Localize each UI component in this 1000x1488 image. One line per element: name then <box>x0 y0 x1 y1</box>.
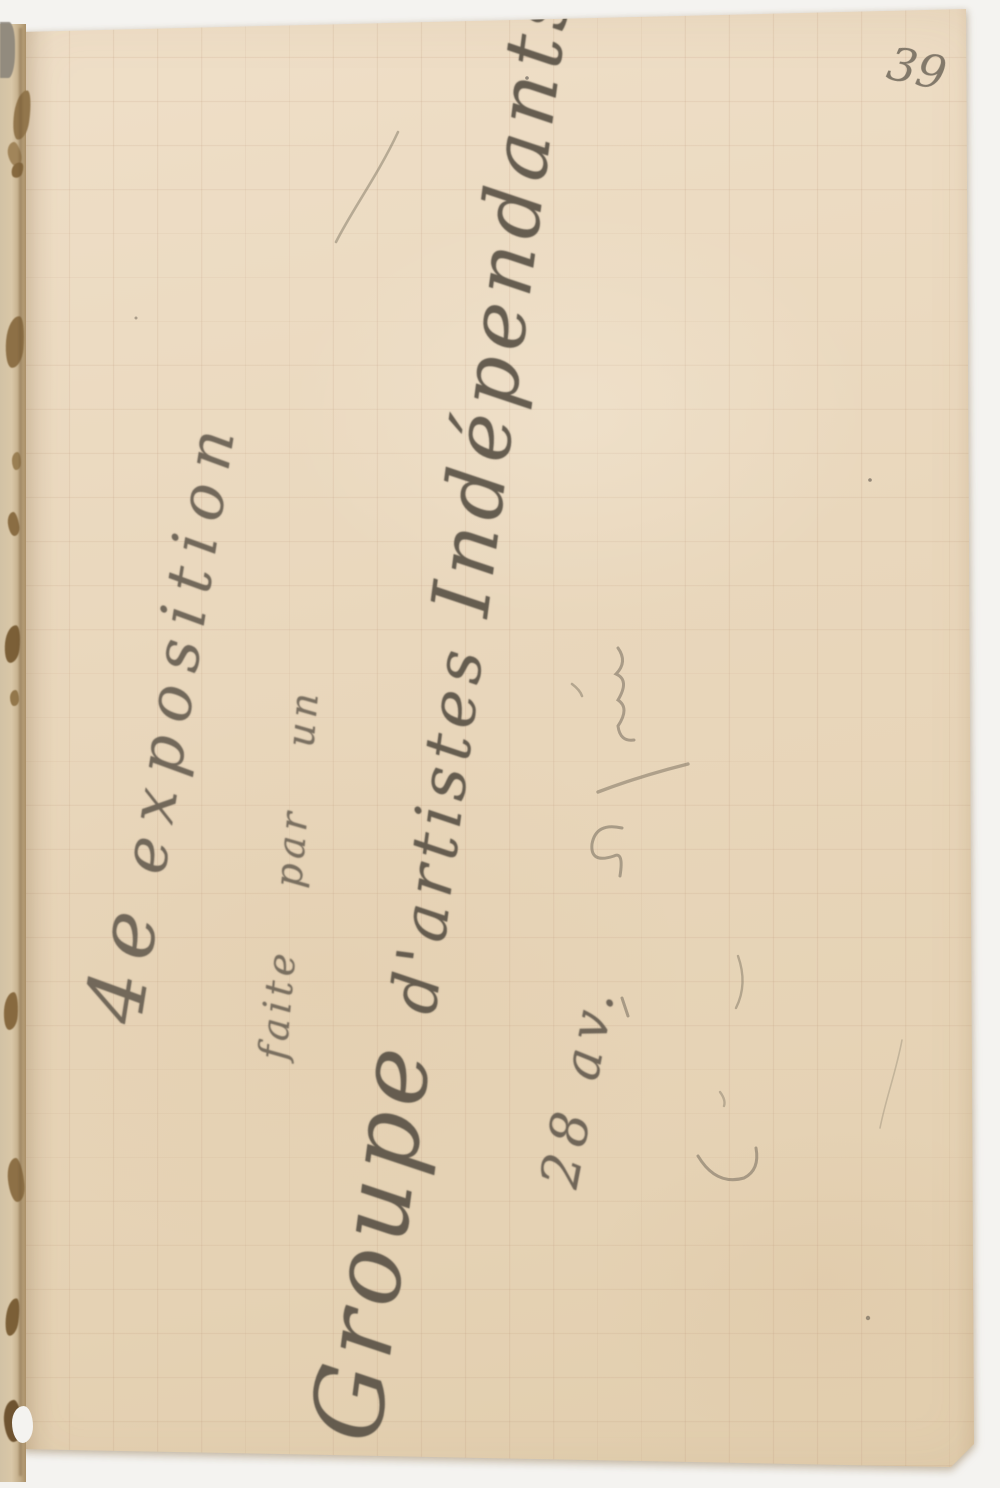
binding-tear-fragment <box>4 315 26 368</box>
paper-fleck <box>868 478 872 482</box>
paper-fleck <box>525 76 529 80</box>
binding-tear-fragment <box>10 690 19 706</box>
faint-curve-right <box>880 1040 902 1128</box>
binding-tear-fragment <box>6 511 20 536</box>
paper-sheet-wrapper: 4eexposition faite par un Grouped'artist… <box>0 0 1000 1488</box>
illegible-a-mark <box>592 827 622 876</box>
tiny-dash-mark <box>720 1092 725 1106</box>
paper-fleck <box>135 317 138 320</box>
binding-tear-fragment <box>12 452 21 470</box>
chevron-mark <box>698 1148 757 1180</box>
illegible-squiggle-underline <box>598 764 688 792</box>
binding-tear-fragment <box>3 992 20 1031</box>
notebook-paper-sheet: 4eexposition faite par un Grouped'artist… <box>0 0 1000 1488</box>
illegible-squiggle-top <box>616 648 634 740</box>
flourish-tail-stroke <box>336 132 398 242</box>
av-period-dash <box>622 998 628 1016</box>
binding-tear-fragment <box>3 1297 21 1336</box>
binding-white-notch <box>12 1406 33 1443</box>
paper-fleck <box>866 1316 870 1320</box>
paren-mark <box>736 956 743 1008</box>
small-tick-mark <box>572 684 582 696</box>
book-spine-binding <box>0 24 26 1482</box>
top-left-shadow-patch <box>0 22 15 78</box>
stray-pencil-marks <box>0 0 1000 1488</box>
notebook-page-scan: 4eexposition faite par un Grouped'artist… <box>0 0 1000 1488</box>
binding-tear-fragment <box>6 1157 27 1202</box>
binding-tear-fragment <box>3 624 22 663</box>
